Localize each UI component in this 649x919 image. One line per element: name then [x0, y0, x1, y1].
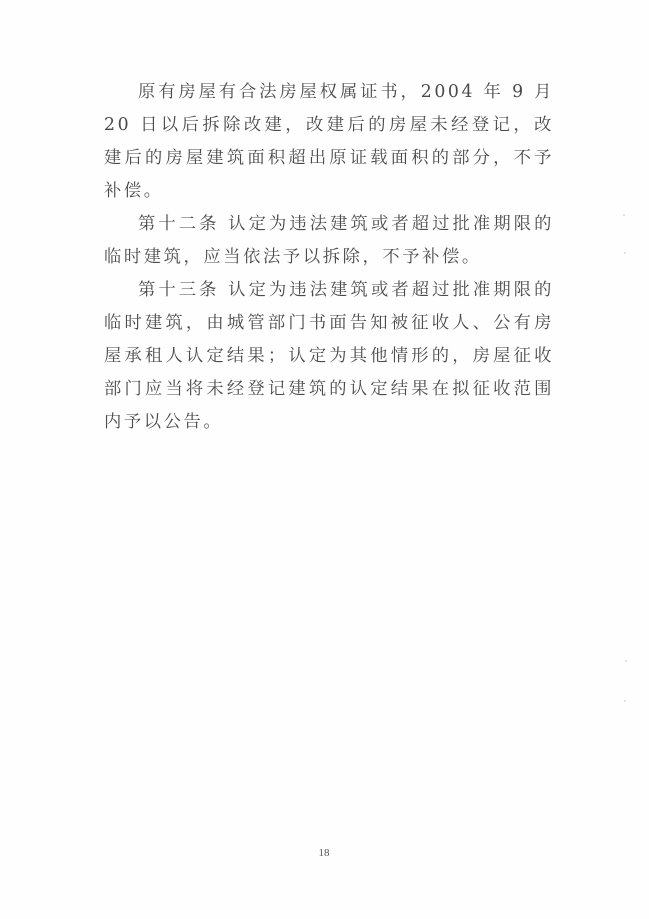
scan-speck	[623, 214, 625, 216]
scan-speck	[624, 252, 626, 254]
paragraph-article-13: 第十三条 认定为违法建筑或者超过批准期限的临时建筑，由城管部门书面告知被征收人、…	[104, 274, 554, 439]
paragraph-article-12: 第十二条 认定为违法建筑或者超过批准期限的临时建筑，应当依法予以拆除，不予补偿。	[104, 208, 554, 274]
document-body: 原有房屋有合法房屋权属证书，2004 年 9 月 20 日以后拆除改建，改建后的…	[104, 76, 554, 439]
scan-speck	[625, 660, 627, 662]
page-number: 18	[312, 847, 336, 859]
scan-speck	[624, 700, 626, 702]
paragraph-original-certificate: 原有房屋有合法房屋权属证书，2004 年 9 月 20 日以后拆除改建，改建后的…	[104, 76, 554, 208]
document-page: 原有房屋有合法房屋权属证书，2004 年 9 月 20 日以后拆除改建，改建后的…	[0, 0, 649, 919]
